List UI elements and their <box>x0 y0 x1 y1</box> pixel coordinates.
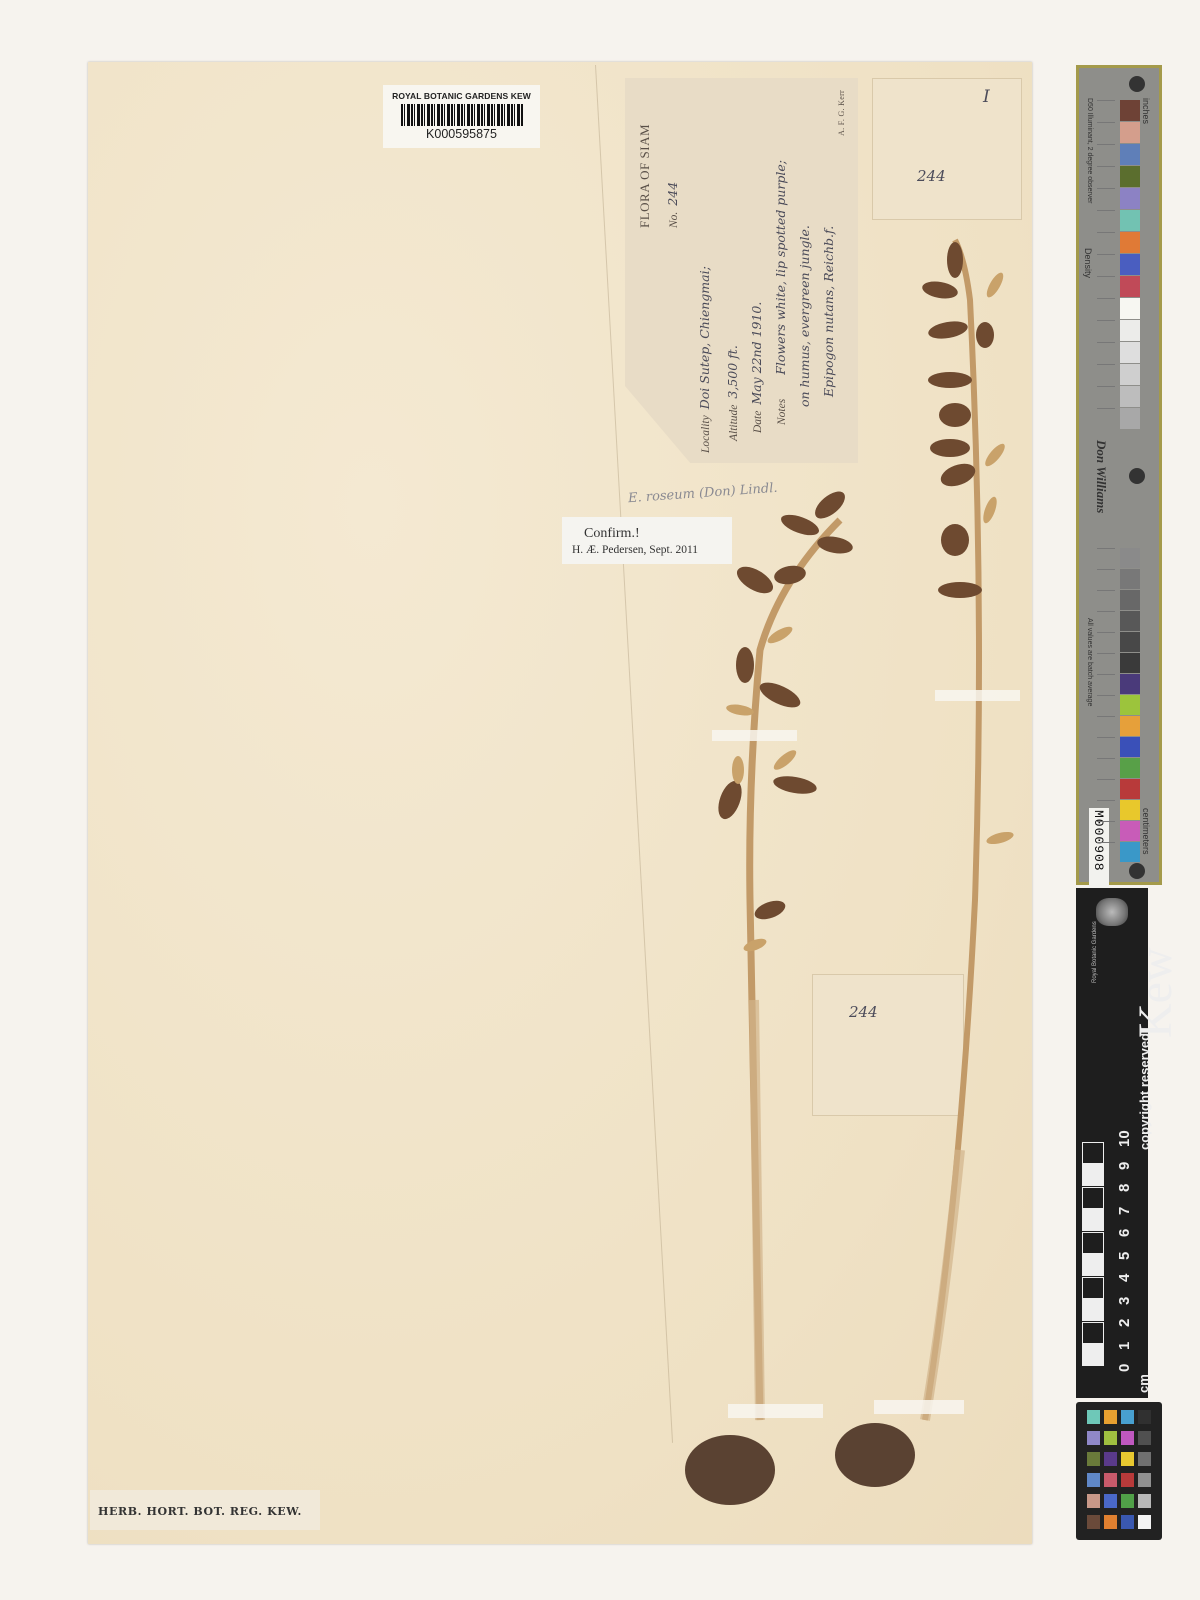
colour-swatch <box>1120 386 1140 407</box>
colour-calibration-chart: inches D50 Illuminant, 2 degree observer… <box>1076 65 1162 885</box>
registration-dot-icon <box>1129 468 1145 484</box>
colour-patch <box>1087 1494 1100 1508</box>
swatch-values <box>1097 166 1115 188</box>
colour-patch <box>1104 1431 1117 1445</box>
colour-patch <box>1087 1452 1100 1466</box>
swatch-values <box>1097 232 1115 254</box>
swatch-values <box>1097 779 1115 800</box>
swatch-values <box>1097 210 1115 232</box>
swatch-values <box>1097 611 1115 632</box>
ruler-tick-label: 4 <box>1116 1274 1133 1282</box>
colour-patch <box>1104 1515 1117 1529</box>
grey-patch <box>1138 1473 1151 1487</box>
ruler-tick-label: 2 <box>1116 1319 1133 1327</box>
colour-patch <box>1121 1494 1134 1508</box>
ruler-segment <box>1082 1209 1104 1231</box>
colour-swatch <box>1120 737 1140 757</box>
ruler-tick-label: 1 <box>1116 1341 1133 1349</box>
ruler-tick-label: 5 <box>1116 1251 1133 1259</box>
colour-patch <box>1104 1494 1117 1508</box>
brand-text: Don Williams <box>1093 440 1109 513</box>
colour-patch <box>1121 1452 1134 1466</box>
grey-patch <box>1138 1515 1151 1529</box>
colour-swatch <box>1120 298 1140 319</box>
colour-patch <box>1087 1431 1100 1445</box>
colour-swatch <box>1120 548 1140 568</box>
swatch-values <box>1097 800 1115 821</box>
swatch-values <box>1097 842 1115 863</box>
swatch-values <box>1097 632 1115 653</box>
colour-patch <box>1121 1431 1134 1445</box>
colour-swatch <box>1120 611 1140 631</box>
colour-swatch <box>1120 569 1140 589</box>
colour-patch <box>1087 1515 1100 1529</box>
colour-swatch <box>1120 122 1140 143</box>
swatch-values <box>1097 821 1115 842</box>
colour-patch <box>1087 1410 1100 1424</box>
ruler-tick-label: 10 <box>1116 1130 1133 1147</box>
colour-swatch <box>1120 716 1140 736</box>
colour-swatch <box>1120 188 1140 209</box>
swatch-values <box>1097 364 1115 386</box>
colour-patch <box>1104 1473 1117 1487</box>
grey-patch <box>1138 1431 1151 1445</box>
ruler-segment <box>1082 1142 1104 1164</box>
colour-swatch <box>1120 254 1140 275</box>
kew-subtitle: Royal Botanic Gardens <box>1092 921 1098 983</box>
mounting-strip <box>712 730 797 741</box>
colour-patch <box>1121 1515 1134 1529</box>
density-label: Density <box>1083 248 1093 278</box>
swatch-values <box>1097 144 1115 166</box>
swatch-values <box>1097 590 1115 611</box>
swatch-values <box>1097 569 1115 590</box>
colour-swatch <box>1120 695 1140 715</box>
ruler-segment <box>1082 1164 1104 1186</box>
colour-swatch <box>1120 821 1140 841</box>
colour-patch <box>1104 1452 1117 1466</box>
copyright-text: copyright reserved <box>1137 1033 1152 1150</box>
colour-swatch <box>1120 408 1140 429</box>
colour-patch <box>1104 1410 1117 1424</box>
colour-swatch <box>1120 800 1140 820</box>
colour-swatch <box>1120 842 1140 862</box>
colour-swatch <box>1120 276 1140 297</box>
swatch-values <box>1097 408 1115 430</box>
centimeters-label: centimeters <box>1141 808 1151 855</box>
mounting-strip <box>935 690 1020 701</box>
colour-swatch <box>1120 320 1140 341</box>
ruler-tick-label: 0 <box>1116 1364 1133 1372</box>
kew-logo: Kew <box>1128 947 1183 1038</box>
ruler-tick-label: 8 <box>1116 1184 1133 1192</box>
swatch-values <box>1097 674 1115 695</box>
swatch-values <box>1097 122 1115 144</box>
swatch-values <box>1097 342 1115 364</box>
grey-patch <box>1138 1410 1151 1424</box>
ruler-segment <box>1082 1187 1104 1209</box>
ruler-segment <box>1082 1299 1104 1321</box>
kew-scale-bar: Royal Botanic Gardens Kew copyright rese… <box>1076 888 1148 1398</box>
swatch-values <box>1097 188 1115 210</box>
unit-label: cm <box>1136 1374 1151 1393</box>
colour-swatch <box>1120 166 1140 187</box>
mounting-strip <box>728 1404 823 1418</box>
colour-swatch <box>1120 144 1140 165</box>
colour-swatch <box>1120 232 1140 253</box>
inches-label: inches <box>1141 98 1151 124</box>
swatch-values <box>1097 716 1115 737</box>
swatch-values <box>1097 737 1115 758</box>
ruler-tick-label: 3 <box>1116 1296 1133 1304</box>
orchid-specimen-illustration <box>0 0 1200 1600</box>
swatch-values <box>1097 276 1115 298</box>
colour-patch <box>1087 1473 1100 1487</box>
ruler-tick-label: 6 <box>1116 1229 1133 1237</box>
ruler-tick-label: 9 <box>1116 1161 1133 1169</box>
colour-swatch <box>1120 590 1140 610</box>
colour-swatch <box>1120 632 1140 652</box>
mounting-strip <box>874 1400 964 1414</box>
swatch-values <box>1097 758 1115 779</box>
colour-patch-chart <box>1076 1402 1162 1540</box>
colour-swatch <box>1120 779 1140 799</box>
colour-swatch <box>1120 100 1140 121</box>
left-plant <box>685 487 854 1505</box>
swatch-values <box>1097 254 1115 276</box>
observer-text: D50 Illuminant, 2 degree observer <box>1086 98 1093 203</box>
kew-crest-icon <box>1096 898 1128 926</box>
grey-patch <box>1138 1452 1151 1466</box>
registration-dot-icon <box>1129 863 1145 879</box>
swatch-values <box>1097 320 1115 342</box>
ruler-segment <box>1082 1277 1104 1299</box>
colour-patch <box>1121 1473 1134 1487</box>
ruler-segment <box>1082 1232 1104 1254</box>
swatch-values <box>1097 653 1115 674</box>
registration-dot-icon <box>1129 76 1145 92</box>
swatch-values <box>1097 100 1115 122</box>
ruler-segment <box>1082 1254 1104 1276</box>
colour-swatch <box>1120 758 1140 778</box>
colour-swatch <box>1120 364 1140 385</box>
colour-swatch <box>1120 210 1140 231</box>
ruler-segment <box>1082 1322 1104 1344</box>
colour-swatch <box>1120 342 1140 363</box>
colour-patch <box>1121 1410 1134 1424</box>
ruler-segment <box>1082 1344 1104 1366</box>
swatch-values <box>1097 548 1115 569</box>
grey-patch <box>1138 1494 1151 1508</box>
swatch-values <box>1097 695 1115 716</box>
ruler-tick-label: 7 <box>1116 1206 1133 1214</box>
colour-swatch <box>1120 653 1140 673</box>
right-plant <box>835 240 1015 1487</box>
colour-swatch <box>1120 674 1140 694</box>
swatch-values <box>1097 386 1115 408</box>
swatch-values <box>1097 298 1115 320</box>
average-text: All values are batch average <box>1086 618 1093 706</box>
